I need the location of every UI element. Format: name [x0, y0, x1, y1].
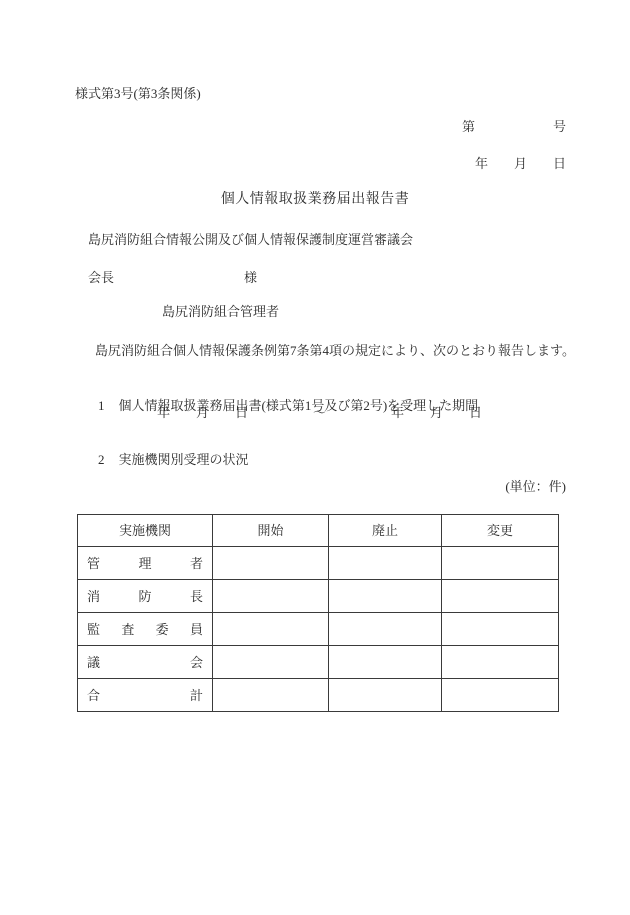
item1-period-line: 年 月 日 ～ 年 月 日: [157, 406, 482, 419]
start-value: [213, 646, 329, 679]
agency-label: 合 計: [78, 679, 213, 712]
document-title: 個人情報取扱業務届出報告書: [0, 193, 630, 207]
agency-label: 監 査 委 員: [78, 613, 213, 646]
sender-line: 島尻消防組合管理者: [162, 305, 279, 318]
start-value: [213, 679, 329, 712]
council-name: 島尻消防組合情報公開及び個人情報保護制度運営審議会: [88, 233, 413, 246]
item1-number: 1: [98, 399, 105, 412]
header-change: 変更: [442, 515, 559, 547]
abolish-value: [329, 613, 442, 646]
document-page: 様式第3号(第3条関係) 第 号 年 月 日 個人情報取扱業務届出報告書 島尻消…: [0, 0, 630, 915]
table-row: 管 理 者: [78, 547, 559, 580]
table-row: 合 計: [78, 679, 559, 712]
change-value: [442, 646, 559, 679]
change-value: [442, 547, 559, 580]
abolish-value: [329, 580, 442, 613]
change-value: [442, 613, 559, 646]
change-value: [442, 679, 559, 712]
abolish-value: [329, 646, 442, 679]
table-row: 監 査 委 員: [78, 613, 559, 646]
header-agency: 実施機関: [78, 515, 213, 547]
unit-note: (単位：件): [505, 480, 566, 493]
date-line: 年 月 日: [475, 157, 566, 170]
abolish-value: [329, 547, 442, 580]
agency-label: 消 防 長: [78, 580, 213, 613]
item2-line: 2実施機関別受理の状況: [85, 440, 249, 479]
start-value: [213, 547, 329, 580]
item2-label: 実施機関別受理の状況: [119, 452, 249, 467]
agency-label: 管 理 者: [78, 547, 213, 580]
abolish-value: [329, 679, 442, 712]
table-row: 議 会: [78, 646, 559, 679]
item2-number: 2: [98, 453, 105, 466]
table-header-row: 実施機関 開始 廃止 変更: [78, 515, 559, 547]
header-start: 開始: [213, 515, 329, 547]
addressee-line: 会長 様: [88, 271, 257, 284]
change-value: [442, 580, 559, 613]
start-value: [213, 613, 329, 646]
report-table: 実施機関 開始 廃止 変更 管 理 者 消 防 長 監 査 委 員: [77, 514, 559, 712]
body-paragraph: 島尻消防組合個人情報保護条例第7条第4項の規定により、次のとおり報告します。: [95, 344, 575, 357]
agency-label: 議 会: [78, 646, 213, 679]
start-value: [213, 580, 329, 613]
table-row: 消 防 長: [78, 580, 559, 613]
form-number: 様式第3号(第3条関係): [75, 87, 201, 100]
header-abolish: 廃止: [329, 515, 442, 547]
doc-number-line: 第 号: [462, 120, 566, 133]
